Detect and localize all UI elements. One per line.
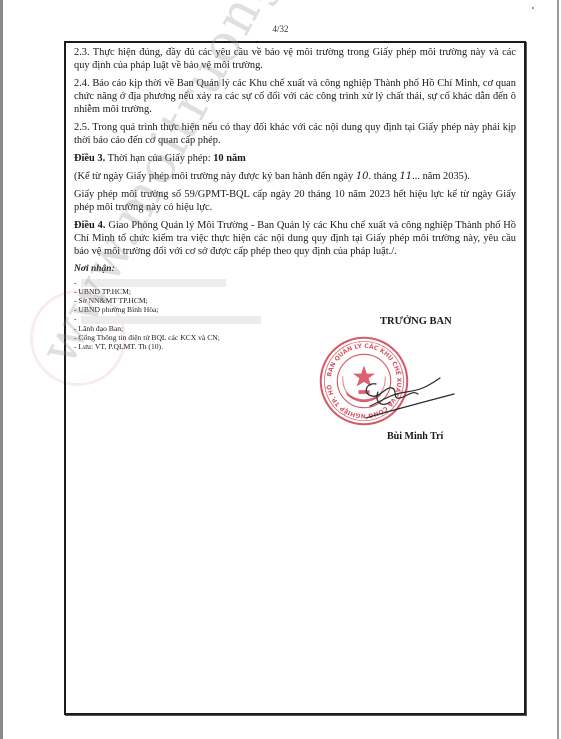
note-prefix: (Kể từ ngày Giấy phép môi trường này đượ…	[74, 171, 356, 182]
recipient-item: - Lưu: VT, P.QLMT. Th (10).	[74, 342, 516, 351]
handwritten-month: 11	[399, 171, 412, 182]
recipients-title: Nơi nhận:	[74, 263, 516, 276]
recipient-item: - Sở NN&MT TP.HCM;	[74, 296, 516, 305]
article-4-label: Điều 4.	[74, 220, 105, 231]
recipients-list: - - UBND TP.HCM; - Sở NN&MT TP.HCM; - UB…	[74, 278, 516, 351]
article-4: Điều 4. Giao Phòng Quản lý Môi Trường - …	[74, 219, 516, 258]
recipient-item: -	[74, 278, 516, 287]
article-3: Điều 3. Thời hạn của Giấy phép: 10 năm	[74, 152, 516, 165]
article-4-text: Giao Phòng Quản lý Môi Trường - Ban Quản…	[74, 220, 516, 257]
article-3-note: (Kể từ ngày Giấy phép môi trường này đượ…	[74, 170, 516, 183]
signer-name: Bùi Minh Trí	[387, 431, 443, 442]
clause-2-4: 2.4. Báo cáo kịp thời về Ban Quản lý các…	[74, 77, 516, 116]
handwritten-day: 10	[356, 171, 369, 182]
recipient-item: - UBND phường Bình Hòa;	[74, 305, 516, 314]
clause-2-3: 2.3. Thực hiện đúng, đầy đủ các yêu cầu …	[74, 46, 516, 72]
signer-title: TRƯỞNG BAN	[380, 316, 452, 327]
note-suffix: ... năm 2035).	[412, 171, 470, 182]
page-edge-right	[557, 0, 559, 739]
scan-speck	[532, 7, 534, 9]
recipient-item: - Cổng Thông tin điện tử BQL các KCX và …	[74, 333, 516, 342]
clause-2-5: 2.5. Trong quá trình thực hiện nếu có th…	[74, 121, 516, 147]
recipient-item: - UBND TP.HCM;	[74, 287, 516, 296]
page-number: 4/32	[0, 24, 561, 34]
note-mid: . tháng	[369, 171, 400, 182]
handwritten-signature-icon	[356, 372, 456, 422]
article-3-text: Thời hạn của Giấy phép:	[105, 153, 213, 164]
article-3-duration: 10 năm	[213, 153, 246, 164]
document-body: 2.3. Thực hiện đúng, đầy đủ các yêu cầu …	[74, 46, 516, 351]
page-edge-left	[0, 0, 3, 739]
expiry-note: Giấy phép môi trường số 59/GPMT-BQL cấp …	[74, 188, 516, 214]
article-3-label: Điều 3.	[74, 153, 105, 164]
